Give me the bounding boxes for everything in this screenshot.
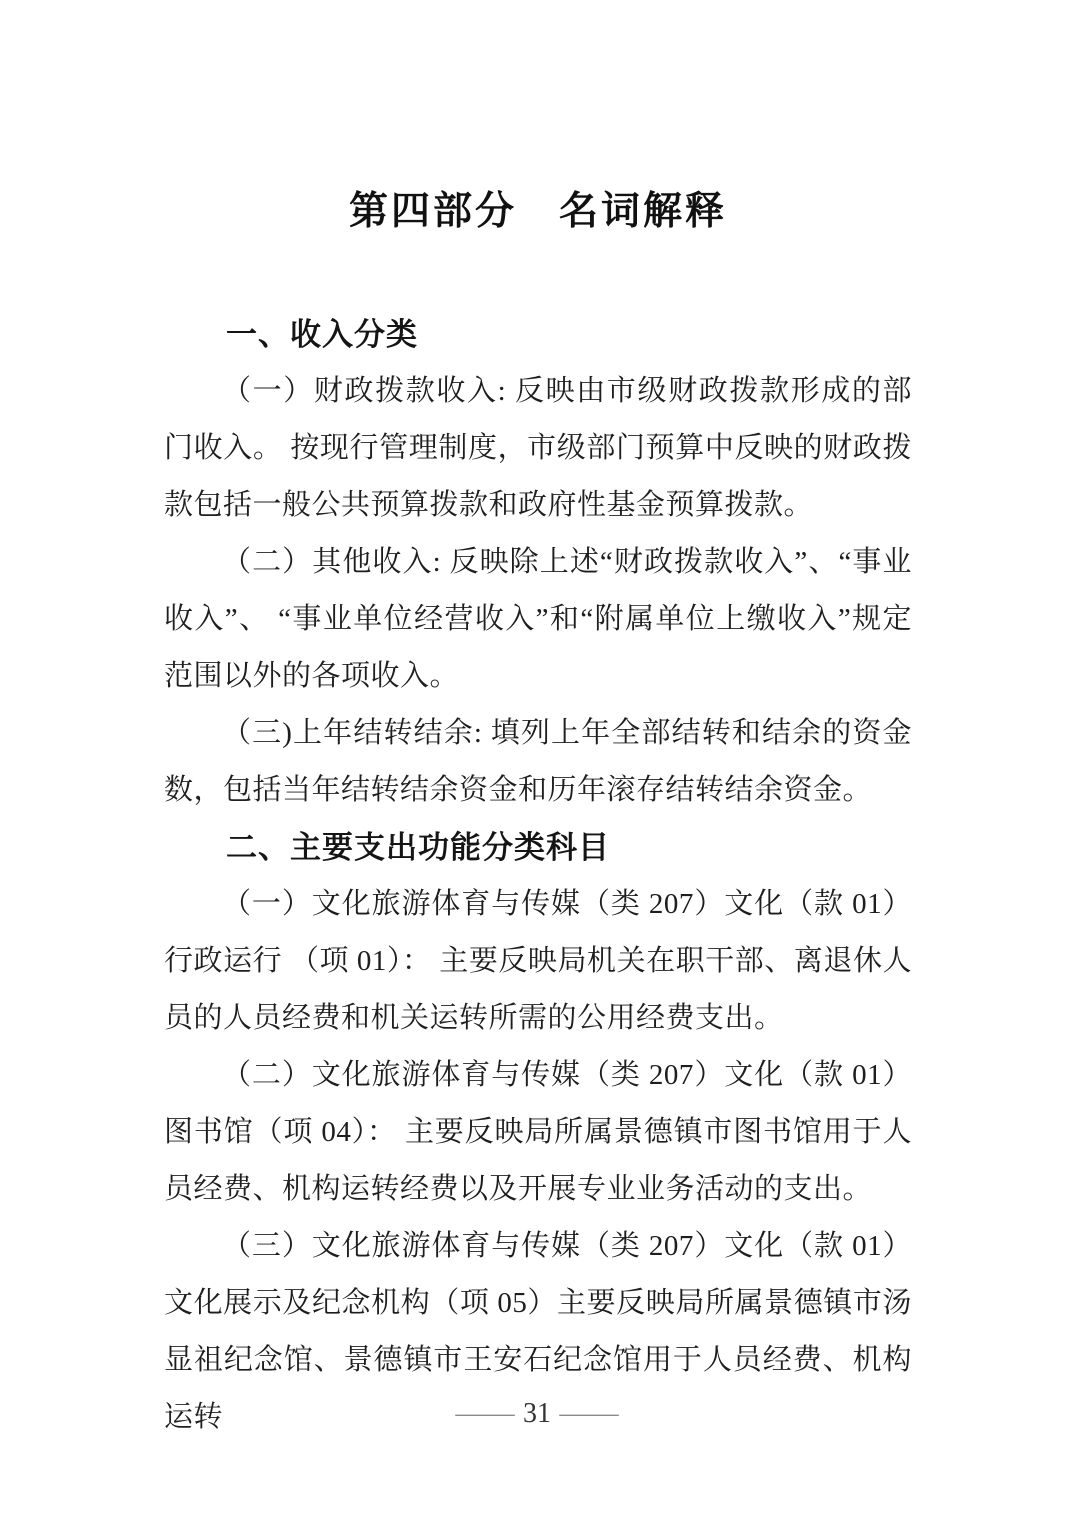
- paragraph-fiscal-appropriation-income: （一）财政拨款收入: 反映由市级财政拨款形成的部门收入。 按现行管理制度，市级部…: [164, 363, 912, 534]
- document-page: 第四部分 名词解释 一、收入分类 （一）财政拨款收入: 反映由市级财政拨款形成的…: [0, 0, 1074, 1520]
- paragraph-admin-operation: （一）文化旅游体育与传媒（类 207）文化（款 01）行政运行 （项 01）： …: [164, 876, 912, 1047]
- section-expenditure-classification: 二、主要支出功能分类科目 （一）文化旅游体育与传媒（类 207）文化（款 01）…: [164, 819, 912, 1446]
- page-title: 第四部分 名词解释: [164, 184, 912, 240]
- paragraph-other-income: （二）其他收入: 反映除上述“财政拨款收入”、“事业收入”、 “事业单位经营收入…: [164, 534, 912, 705]
- page-footer: —31—: [0, 1398, 1074, 1430]
- paragraph-library: （二）文化旅游体育与传媒（类 207）文化（款 01）图书馆（项 04）： 主要…: [164, 1047, 912, 1218]
- section-heading-income: 一、收入分类: [164, 306, 912, 363]
- footer-page-number: 31: [523, 1398, 551, 1430]
- footer-right-dash: —: [560, 1398, 619, 1430]
- document-content: 第四部分 名词解释 一、收入分类 （一）财政拨款收入: 反映由市级财政拨款形成的…: [164, 0, 912, 1446]
- section-income-classification: 一、收入分类 （一）财政拨款收入: 反映由市级财政拨款形成的部门收入。 按现行管…: [164, 306, 912, 819]
- paragraph-carryover-balance: （三)上年结转结余: 填列上年全部结转和结余的资金数，包括当年结转结余资金和历年…: [164, 705, 912, 819]
- section-heading-expenditure: 二、主要支出功能分类科目: [164, 819, 912, 876]
- footer-left-dash: —: [456, 1398, 515, 1430]
